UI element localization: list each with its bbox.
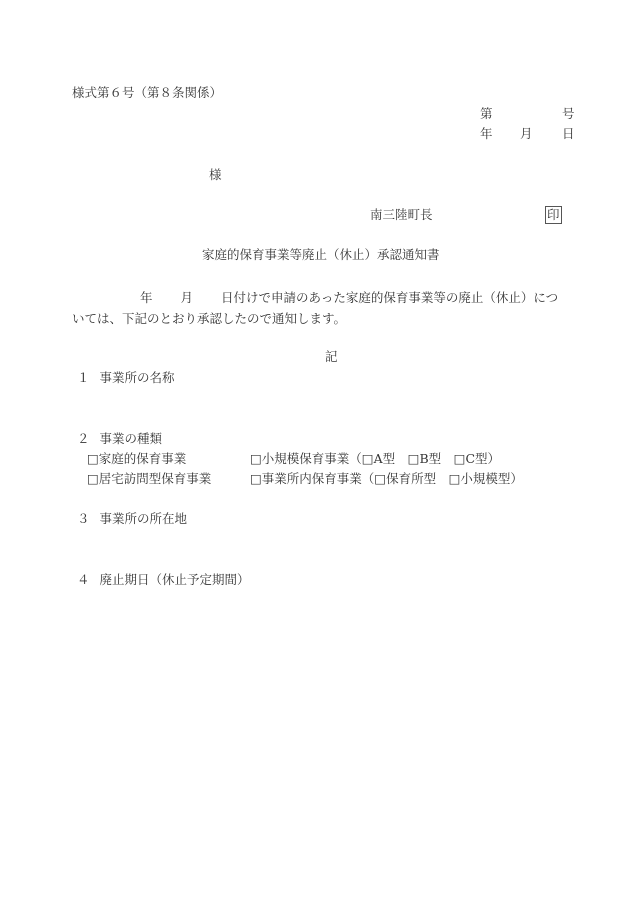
body-line-1: 年月日付けで申請のあった家庭的保育事業等の廃止（休止）につ — [72, 290, 558, 306]
item-label: 事業所の名称 — [100, 370, 175, 385]
item-number: ３ — [77, 511, 90, 526]
item-number: １ — [77, 370, 90, 385]
body-line1-text: 日付けで申請のあった家庭的保育事業等の廃止（休止）につ — [221, 290, 558, 305]
seal-mark: 印 — [545, 206, 562, 224]
business-type-row-1a: □家庭的保育事業 — [87, 451, 186, 467]
item-1: １事業所の名称 — [77, 370, 175, 386]
date-day: 日 — [562, 126, 575, 142]
issuer-title: 南三陸町長 — [370, 207, 433, 223]
body-line-2: いては、下記のとおり承認したので通知します。 — [72, 311, 346, 327]
item-label: 事業所の所在地 — [100, 511, 188, 526]
document-title: 家庭的保育事業等廃止（休止）承認通知書 — [202, 247, 440, 263]
date-year: 年 — [480, 126, 493, 142]
item-number: ２ — [77, 431, 90, 446]
addressee-suffix: 様 — [209, 167, 222, 183]
item-3: ３事業所の所在地 — [77, 511, 187, 527]
item-number: ４ — [77, 572, 90, 587]
business-type-row-2b: □事業所内保育事業（□保育所型 □小規模型） — [250, 471, 523, 487]
item-label: 事業の種類 — [100, 431, 163, 446]
item-4: ４廃止期日（休止予定期間） — [77, 572, 250, 588]
date-month: 月 — [520, 126, 533, 142]
seal-icon: 印 — [545, 206, 562, 224]
ki-heading: 記 — [325, 349, 338, 365]
form-number: 様式第６号（第８条関係） — [72, 85, 222, 101]
body-year: 年 — [140, 290, 153, 305]
business-type-row-2a: □居宅訪問型保育事業 — [87, 471, 211, 487]
doc-number-prefix: 第 — [480, 106, 493, 122]
body-month: 月 — [181, 290, 194, 305]
business-type-row-1b: □小規模保育事業（□A型 □B型 □C型） — [250, 451, 500, 467]
doc-number-suffix: 号 — [562, 106, 575, 122]
item-label: 廃止期日（休止予定期間） — [100, 572, 250, 587]
item-2: ２事業の種類 — [77, 431, 162, 447]
